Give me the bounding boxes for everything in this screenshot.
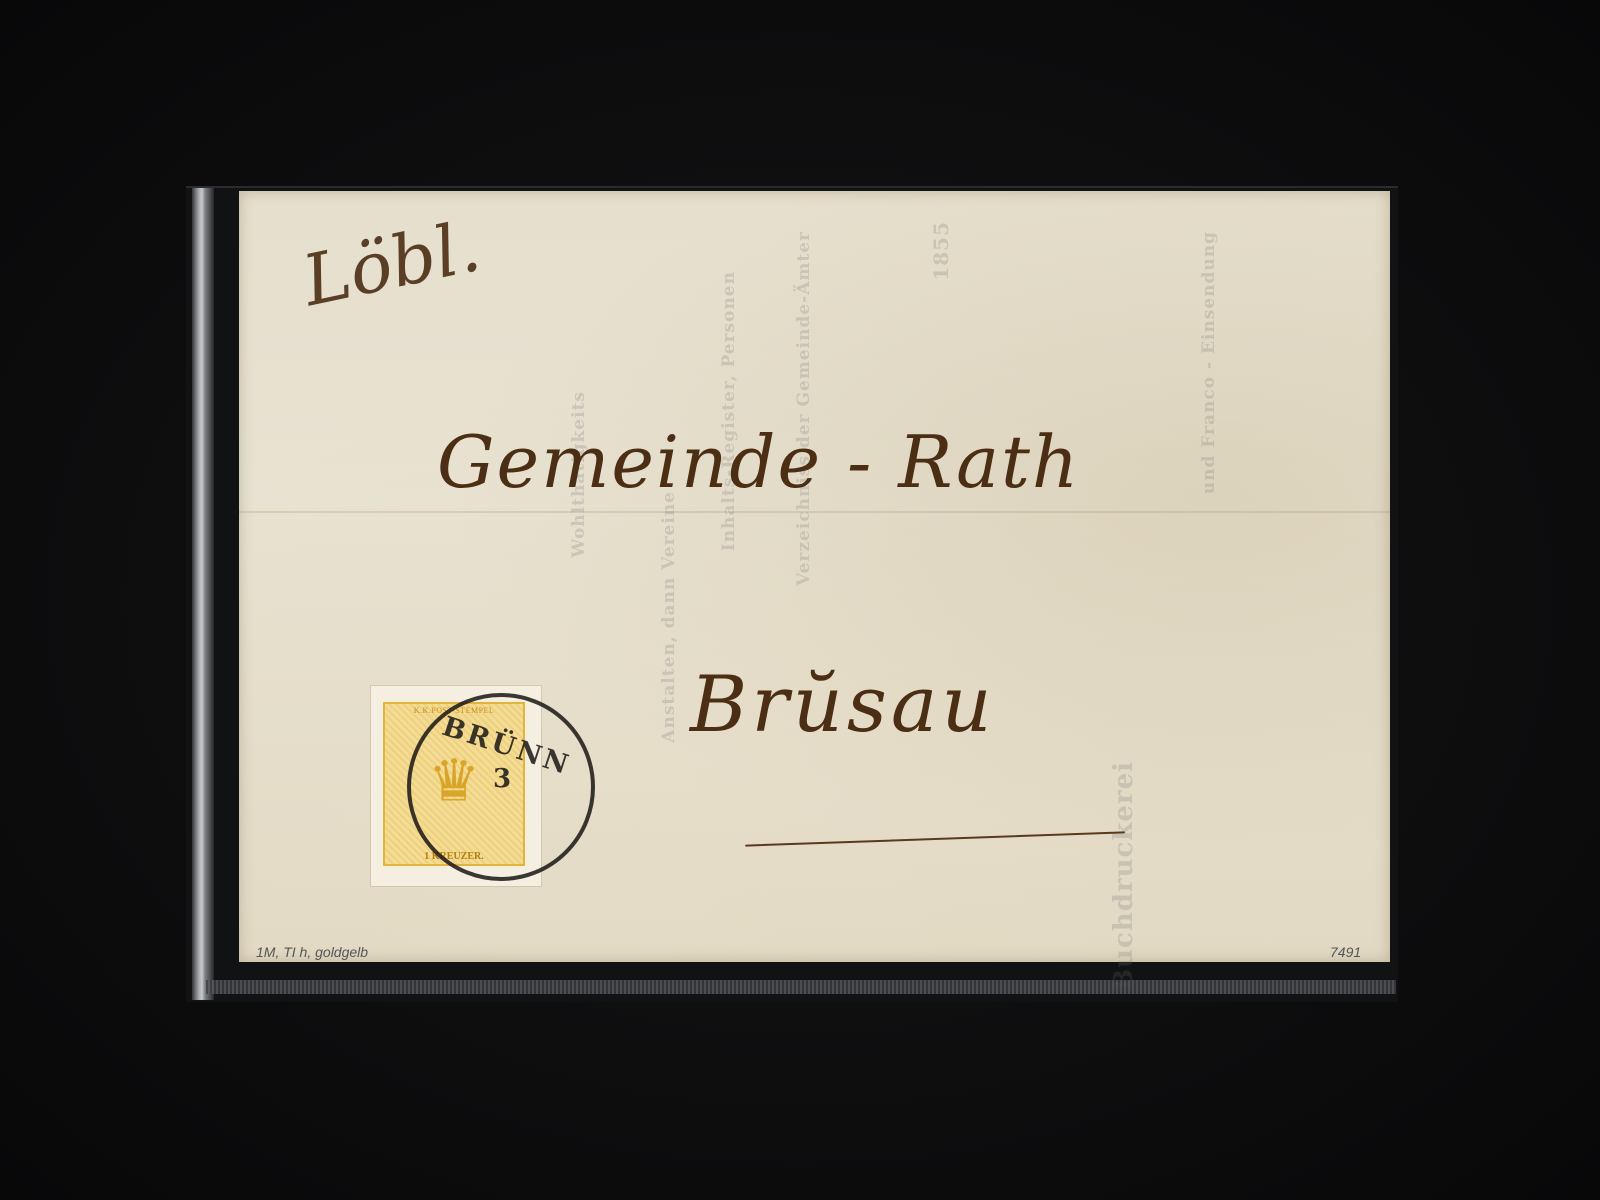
handwritten-addressee: Gemeinde - Rath <box>437 420 1080 504</box>
show-through-text: Anstalten, dann Vereine <box>659 491 679 743</box>
show-through-text: und Franco - Einsendung <box>1199 231 1219 494</box>
show-through-text: Inhalts-Register, Personen <box>719 271 739 551</box>
show-through-text: Buchdruckerei <box>1109 761 1139 991</box>
sleeve-bottom-edge <box>206 980 1396 994</box>
pencil-reference-number: 7491 <box>1330 944 1361 960</box>
postmark-day: 3 <box>493 764 511 794</box>
show-through-text: 1855 <box>929 221 953 281</box>
sleeve-left-edge <box>192 188 214 1000</box>
handwritten-destination: Brŭsau <box>690 660 996 750</box>
fold-line <box>239 511 1390 513</box>
show-through-text: Verzeichniss der Gemeinde-Ämter <box>794 231 814 586</box>
pencil-catalog-note: 1M, TI h, goldgelb <box>256 944 368 960</box>
